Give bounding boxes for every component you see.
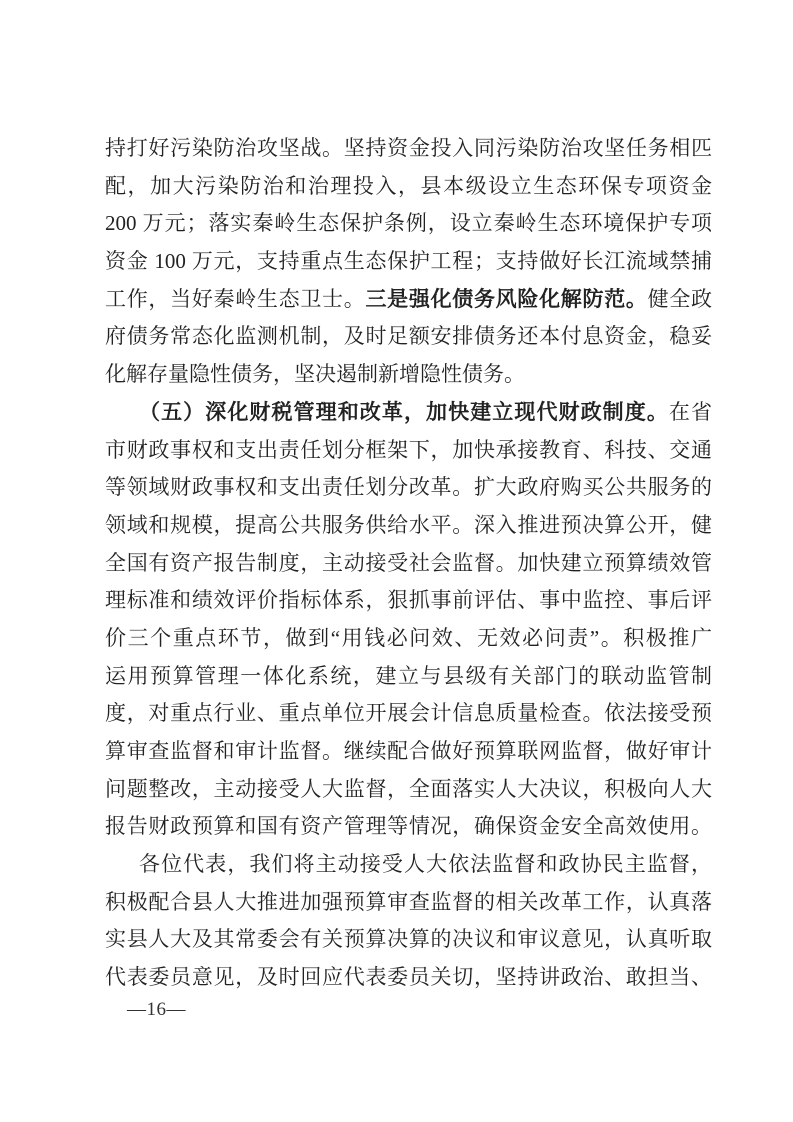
- doc-line-segment: 在省: [669, 400, 712, 424]
- doc-line: 运用预算管理一体化系统，建立与县级有关部门的联动监管制: [105, 658, 712, 696]
- doc-line: 府债务常态化监测机制，及时足额安排债务还本付息资金，稳妥: [105, 318, 712, 356]
- doc-line: 代表委员意见，及时回应代表委员关切，坚持讲政治、敢担当、: [105, 959, 712, 997]
- document-body-text: 持打好污染防治攻坚战。坚持资金投入同污染防治攻坚任务相匹 配，加大污染防治和治理…: [105, 130, 712, 997]
- doc-line: 实县人大及其常委会有关预算决算的决议和审议意见，认真听取: [105, 921, 712, 959]
- document-page: 持打好污染防治攻坚战。坚持资金投入同污染防治攻坚任务相匹 配，加大污染防治和治理…: [0, 0, 793, 1122]
- doc-line-segment: 健全政: [648, 287, 712, 311]
- doc-line: 持打好污染防治攻坚战。坚持资金投入同污染防治攻坚任务相匹: [105, 130, 712, 168]
- doc-line: 问题整改，主动接受人大监督，全面落实人大决议，积极向人大: [105, 771, 712, 809]
- doc-line-segment-bold: 三是强化债务风险化解防范。: [365, 287, 647, 311]
- doc-line: 化解存量隐性债务，坚决遏制新增隐性债务。: [105, 356, 712, 394]
- doc-line: 各位代表，我们将主动接受人大依法监督和政协民主监督，: [105, 846, 712, 884]
- doc-line: 度，对重点行业、重点单位开展会计信息质量检查。依法接受预: [105, 695, 712, 733]
- doc-line: 市财政事权和支出责任划分框架下，加快承接教育、科技、交通: [105, 432, 712, 470]
- doc-line: 价三个重点环节，做到“用钱必问效、无效必问责”。积极推广: [105, 620, 712, 658]
- doc-line: 200 万元；落实秦岭生态保护条例，设立秦岭生态环境保护专项: [105, 205, 712, 243]
- section-heading-text: （五）深化财税管理和改革，加快建立现代财政制度。: [139, 400, 669, 424]
- doc-line: 工作，当好秦岭生态卫士。三是强化债务风险化解防范。健全政: [105, 281, 712, 319]
- doc-line: 全国有资产报告制度，主动接受社会监督。加快建立预算绩效管: [105, 545, 712, 583]
- doc-line: 积极配合县人大推进加强预算审查监督的相关改革工作，认真落: [105, 884, 712, 922]
- doc-line: 等领域财政事权和支出责任划分改革。扩大政府购买公共服务的: [105, 469, 712, 507]
- doc-line: 理标准和绩效评价指标体系，狠抓事前评估、事中监控、事后评: [105, 582, 712, 620]
- doc-line-segment: 工作，当好秦岭生态卫士。: [105, 287, 365, 311]
- doc-line: 配，加大污染防治和治理投入，县本级设立生态环保专项资金: [105, 168, 712, 206]
- doc-line-section-heading: （五）深化财税管理和改革，加快建立现代财政制度。在省: [105, 394, 712, 432]
- doc-line: 报告财政预算和国有资产管理等情况，确保资金安全高效使用。: [105, 808, 712, 846]
- doc-line: 资金 100 万元，支持重点生态保护工程；支持做好长江流域禁捕: [105, 243, 712, 281]
- doc-line: 算审查监督和审计监督。继续配合做好预算联网监督，做好审计: [105, 733, 712, 771]
- doc-line: 领域和规模，提高公共服务供给水平。深入推进预决算公开，健: [105, 507, 712, 545]
- page-number: —16—: [127, 998, 186, 1022]
